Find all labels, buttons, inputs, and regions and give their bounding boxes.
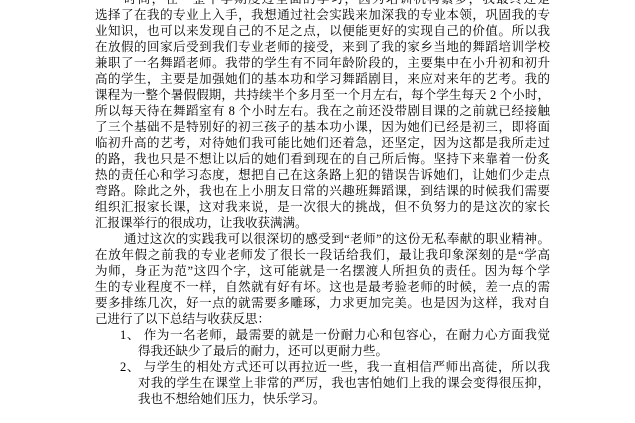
paragraph-line: 己进行了以下总结与收获反思： bbox=[95, 311, 550, 327]
paragraph-line: 业知识，也可以来发现自己的不足之点，以便能更好的实现自己的价值。所以我 bbox=[95, 23, 550, 39]
paragraph-line: 生的专业程度不一样，自然就有好有坏。这也是最考验老师的时候，差一点的需 bbox=[95, 279, 550, 295]
paragraph-line: 选择了在我的专业上入手，我想通过社会实践来加深我的专业本领，巩固我的专 bbox=[95, 7, 550, 23]
paragraph-line: 高的学生，主要是加强她们的基本功和学习舞蹈剧目，来应对来年的艺考。我的 bbox=[95, 71, 550, 87]
paragraph-line: 临初升高的艺考，对待她们我可能比她们还着急，还坚定，因为这都是我所走过 bbox=[95, 135, 550, 151]
paragraph-line: 要多排练几次，好一点的就需要多雕琢，力求更加完美。也是因为这样，我对自 bbox=[95, 295, 550, 311]
paragraph-line: 兼职了一名舞蹈老师。我带的学生有不同年龄阶段的，主要集中在小升初和初升 bbox=[95, 55, 550, 71]
paragraph-line: 在放假的回家后受到我们专业老师的接受，来到了我的家乡当地的舞蹈培训学校 bbox=[95, 39, 550, 55]
list-item-line: 对我的学生在课堂上非常的严厉，我也害怕她们上我的课会变得很压抑， bbox=[138, 375, 550, 391]
paragraph-line: 的路，我也只是不想让以后的她们看到现在的自己所后悔。坚持下来靠着一份炙 bbox=[95, 151, 550, 167]
paragraph-line: 弯路。除此之外，我也在上小朋友日常的兴趣班舞蹈课，到结课的时候我们需要 bbox=[95, 183, 550, 199]
list-marker: 1、 bbox=[120, 328, 140, 342]
paragraph-line: 热的责任心和学习态度，想把自己在这条路上犯的错误告诉她们，让她们少走点 bbox=[95, 167, 550, 183]
list-item-line: 我也不想给她们压力，快乐学习。 bbox=[138, 391, 550, 407]
list-marker: 2、 bbox=[120, 360, 140, 374]
paragraph-line: 在放年假之前我的专业老师发了很长一段话给我们，最让我印象深刻的是“学高 bbox=[95, 247, 550, 263]
paragraph-line: 时间，在一整个学期度过全面的学习，因为培训机构繁多，我最终还是 bbox=[95, 0, 550, 7]
list-item-text: 作为一名老师，最需要的就是一份耐力心和包容心，在耐力心方面我觉 bbox=[140, 328, 550, 342]
list-item-first-line: 1、 作为一名老师，最需要的就是一份耐力心和包容心，在耐力心方面我觉 bbox=[120, 327, 550, 343]
paragraph-line: 所以每天待在舞蹈室有 8 个小时左右。我在之前还没带剧目课的之前就已经接触 bbox=[95, 103, 550, 119]
list-item-line: 得我还缺少了最后的耐力，还可以更耐力些。 bbox=[138, 343, 550, 359]
list-item-first-line: 2、 与学生的相处方式还可以再拉近一些，我一直相信严师出高徒，所以我 bbox=[120, 359, 550, 375]
list-item-text: 与学生的相处方式还可以再拉近一些，我一直相信严师出高徒，所以我 bbox=[140, 360, 550, 374]
text-block: 时间，在一整个学期度过全面的学习，因为培训机构繁多，我最终还是选择了在我的专业上… bbox=[95, 0, 550, 407]
paragraph-line: 汇报课举行的很成功，让我收获满满。 bbox=[95, 215, 550, 231]
paragraph-line: 组织汇报家长课，这对我来说，是一次很大的挑战，但不负努力的是这次的家长 bbox=[95, 199, 550, 215]
paragraph-line: 通过这次的实践我可以很深切的感受到“老师”的这份无私奉献的职业精神。 bbox=[95, 231, 550, 247]
document-page: 时间，在一整个学期度过全面的学习，因为培训机构繁多，我最终还是选择了在我的专业上… bbox=[0, 0, 635, 423]
paragraph-line: 了三个基础不是特别好的初三孩子的基本功小课，因为她们已经是初三，即将面 bbox=[95, 119, 550, 135]
paragraph-line: 课程为一整个暑假假期，共持续半个多月至一个月左右，每个学生每天 2 个小时， bbox=[95, 87, 550, 103]
paragraph-line: 为师，身正为范”这四个字，这可能就是一名摆渡人所担负的责任。因为每个学 bbox=[95, 263, 550, 279]
